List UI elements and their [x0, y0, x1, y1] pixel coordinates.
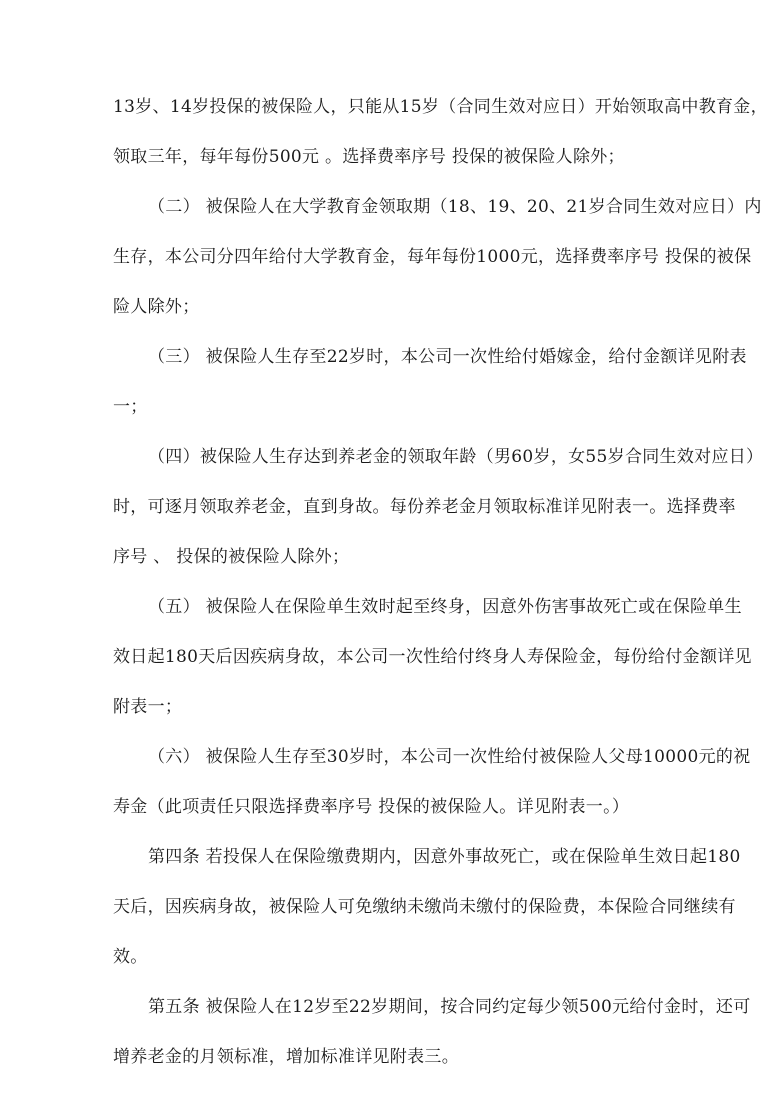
- text-line: 效日起180天后因疾病身故，本公司一次性给付终身人寿保险金，每份给付金额详见: [113, 642, 665, 692]
- text-line: 领取三年，每年每份500元 。选择费率序号 投保的被保险人除外；: [113, 142, 665, 192]
- paragraph-clause-5-death-benefit: （五） 被保险人在保险单生效时起至终身，因意外伤害事故死亡或在保险单生 效日起1…: [113, 592, 665, 742]
- text-line: 增养老金的月领标准，增加标准详见附表三。: [113, 1042, 665, 1092]
- text-line: 一；: [113, 392, 665, 442]
- text-line: （四）被保险人生存达到养老金的领取年龄（男60岁，女55岁合同生效对应日）: [113, 442, 665, 492]
- text-line: 时，可逐月领取养老金，直到身故。每份养老金月领取标准详见附表一。选择费率: [113, 492, 665, 542]
- paragraph-clause-2-university: （二） 被保险人在大学教育金领取期（18、19、20、21岁合同生效对应日）内 …: [113, 192, 665, 342]
- text-line: 13岁、14岁投保的被保险人，只能从15岁（合同生效对应日）开始领取高中教育金，: [113, 92, 665, 142]
- text-line: （五） 被保险人在保险单生效时起至终身，因意外伤害事故死亡或在保险单生: [113, 592, 665, 642]
- paragraph-clause-4-pension: （四）被保险人生存达到养老金的领取年龄（男60岁，女55岁合同生效对应日） 时，…: [113, 442, 665, 592]
- text-line: 第五条 被保险人在12岁至22岁期间，按合同约定每少领500元给付金时，还可: [113, 992, 665, 1042]
- paragraph-article-5-pension-increase: 第五条 被保险人在12岁至22岁期间，按合同约定每少领500元给付金时，还可 增…: [113, 992, 665, 1092]
- paragraph-article-4-waiver: 第四条 若投保人在保险缴费期内，因意外事故死亡，或在保险单生效日起180 天后，…: [113, 842, 665, 992]
- text-line: 天后，因疾病身故，被保险人可免缴纳未缴尚未缴付的保险费，本保险合同继续有: [113, 892, 665, 942]
- text-line: 险人除外；: [113, 292, 665, 342]
- text-line: 序号 、 投保的被保险人除外；: [113, 542, 665, 592]
- document-page: 13岁、14岁投保的被保险人，只能从15岁（合同生效对应日）开始领取高中教育金，…: [0, 0, 774, 1095]
- text-line: （六） 被保险人生存至30岁时，本公司一次性给付被保险人父母10000元的祝: [113, 742, 665, 792]
- text-line: 生存，本公司分四年给付大学教育金，每年每份1000元，选择费率序号 投保的被保: [113, 242, 665, 292]
- text-line: （二） 被保险人在大学教育金领取期（18、19、20、21岁合同生效对应日）内: [113, 192, 665, 242]
- text-line: 附表一；: [113, 692, 665, 742]
- text-line: （三） 被保险人生存至22岁时，本公司一次性给付婚嫁金，给付金额详见附表: [113, 342, 665, 392]
- text-line: 效。: [113, 942, 665, 992]
- document-body: 13岁、14岁投保的被保险人，只能从15岁（合同生效对应日）开始领取高中教育金，…: [113, 92, 665, 1092]
- text-line: 寿金（此项责任只限选择费率序号 投保的被保险人。详见附表一。）: [113, 792, 665, 842]
- text-line: 第四条 若投保人在保险缴费期内，因意外事故死亡，或在保险单生效日起180: [113, 842, 665, 892]
- paragraph-high-school-continuation: 13岁、14岁投保的被保险人，只能从15岁（合同生效对应日）开始领取高中教育金，…: [113, 92, 665, 192]
- paragraph-clause-3-marriage: （三） 被保险人生存至22岁时，本公司一次性给付婚嫁金，给付金额详见附表 一；: [113, 342, 665, 442]
- paragraph-clause-6-longevity: （六） 被保险人生存至30岁时，本公司一次性给付被保险人父母10000元的祝 寿…: [113, 742, 665, 842]
